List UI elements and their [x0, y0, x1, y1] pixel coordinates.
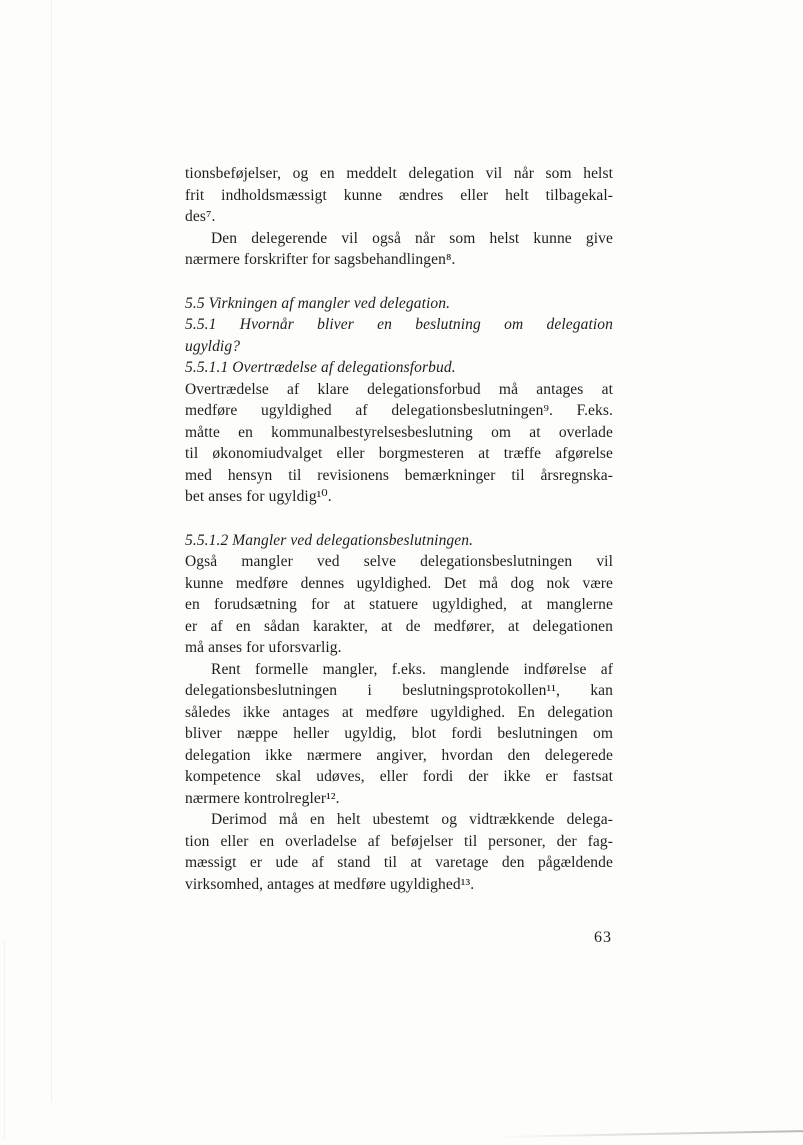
text-line: nærmere kontrolregler¹². — [185, 788, 613, 810]
text-line: medføre ugyldighed af delegationsbeslutn… — [185, 400, 613, 422]
text-line: frit indholdsmæssigt kunne ændres eller … — [185, 185, 613, 207]
text-line: bliver næppe heller ugyldig, blot fordi … — [185, 723, 613, 745]
text-block: tionsbeføjelser, og en meddelt delegatio… — [185, 163, 613, 895]
text-line: med hensyn til revisionens bemærkninger … — [185, 465, 613, 487]
text-line: tion eller en overladelse af beføjelser … — [185, 831, 613, 853]
page-edge-shadow — [495, 1130, 803, 1138]
text-line: bet anses for ugyldig¹⁰. — [185, 486, 613, 508]
para-continuation: tionsbeføjelser, og en meddelt delegatio… — [185, 163, 613, 228]
text-line: til økonomiudvalget eller borgmesteren a… — [185, 443, 613, 465]
text-line: må anses for uforsvarlig. — [185, 637, 613, 659]
para-rent-formelle: Rent formelle mangler, f.eks. manglende … — [185, 659, 613, 810]
page-number: 63 — [594, 929, 612, 947]
text-line: kompetence skal udøves, eller fordi der … — [185, 766, 613, 788]
text-line: ugyldig? — [185, 336, 613, 358]
text-line: des⁷. — [185, 206, 613, 228]
text-line: kunne medføre dennes ugyldighed. Det må … — [185, 573, 613, 595]
text-line: 5.5.1.1 Overtrædelse af delegationsforbu… — [185, 357, 613, 379]
text-line: mæssigt er ude af stand til at varetage … — [185, 852, 613, 874]
text-line: nærmere forskrifter for sagsbehandlingen… — [185, 249, 613, 271]
para-derimod: Derimod må en helt ubestemt og vidtrække… — [185, 809, 613, 895]
text-line: en forudsætning for at statuere ugyldigh… — [185, 594, 613, 616]
text-line: 5.5 Virkningen af mangler ved delegation… — [185, 293, 613, 315]
text-line: Derimod må en helt ubestemt og vidtrække… — [185, 809, 613, 831]
heading-5-5-1-1: 5.5.1.1 Overtrædelse af delegationsforbu… — [185, 357, 613, 379]
text-line: Rent formelle mangler, f.eks. manglende … — [185, 659, 613, 681]
text-line: således ikke antages at medføre ugyldigh… — [185, 702, 613, 724]
text-line: 5.5.1 Hvornår bliver en beslutning om de… — [185, 314, 613, 336]
para-overtraedelse: Overtrædelse af klare delegationsforbud … — [185, 379, 613, 508]
text-line: virksomhed, antages at medføre ugyldighe… — [185, 874, 613, 896]
text-line: Også mangler ved selve delegationsbeslut… — [185, 551, 613, 573]
text-line: måtte en kommunalbestyrelsesbeslutning o… — [185, 422, 613, 444]
heading-5-5-1: 5.5.1 Hvornår bliver en beslutning om de… — [185, 314, 613, 357]
text-line: 5.5.1.2 Mangler ved delegationsbeslutnin… — [185, 530, 613, 552]
text-line: delegationsbeslutningen i beslutningspro… — [185, 680, 613, 702]
text-line: Den delegerende vil også når som helst k… — [185, 228, 613, 250]
text-line: tionsbeføjelser, og en meddelt delegatio… — [185, 163, 613, 185]
para-ogsaa-mangler: Også mangler ved selve delegationsbeslut… — [185, 551, 613, 659]
text-line: Overtrædelse af klare delegationsforbud … — [185, 379, 613, 401]
scan-gutter-line — [51, 0, 52, 1102]
heading-5-5-1-2: 5.5.1.2 Mangler ved delegationsbeslutnin… — [185, 530, 613, 552]
text-line: delegation ikke nærmere angiver, hvordan… — [185, 745, 613, 767]
scan-left-edge-line — [4, 940, 5, 1140]
para-den-delegerende: Den delegerende vil også når som helst k… — [185, 228, 613, 271]
heading-5-5: 5.5 Virkningen af mangler ved delegation… — [185, 293, 613, 315]
text-line: er af en sådan karakter, at de medfører,… — [185, 616, 613, 638]
book-page: tionsbeføjelser, og en meddelt delegatio… — [0, 0, 803, 1145]
